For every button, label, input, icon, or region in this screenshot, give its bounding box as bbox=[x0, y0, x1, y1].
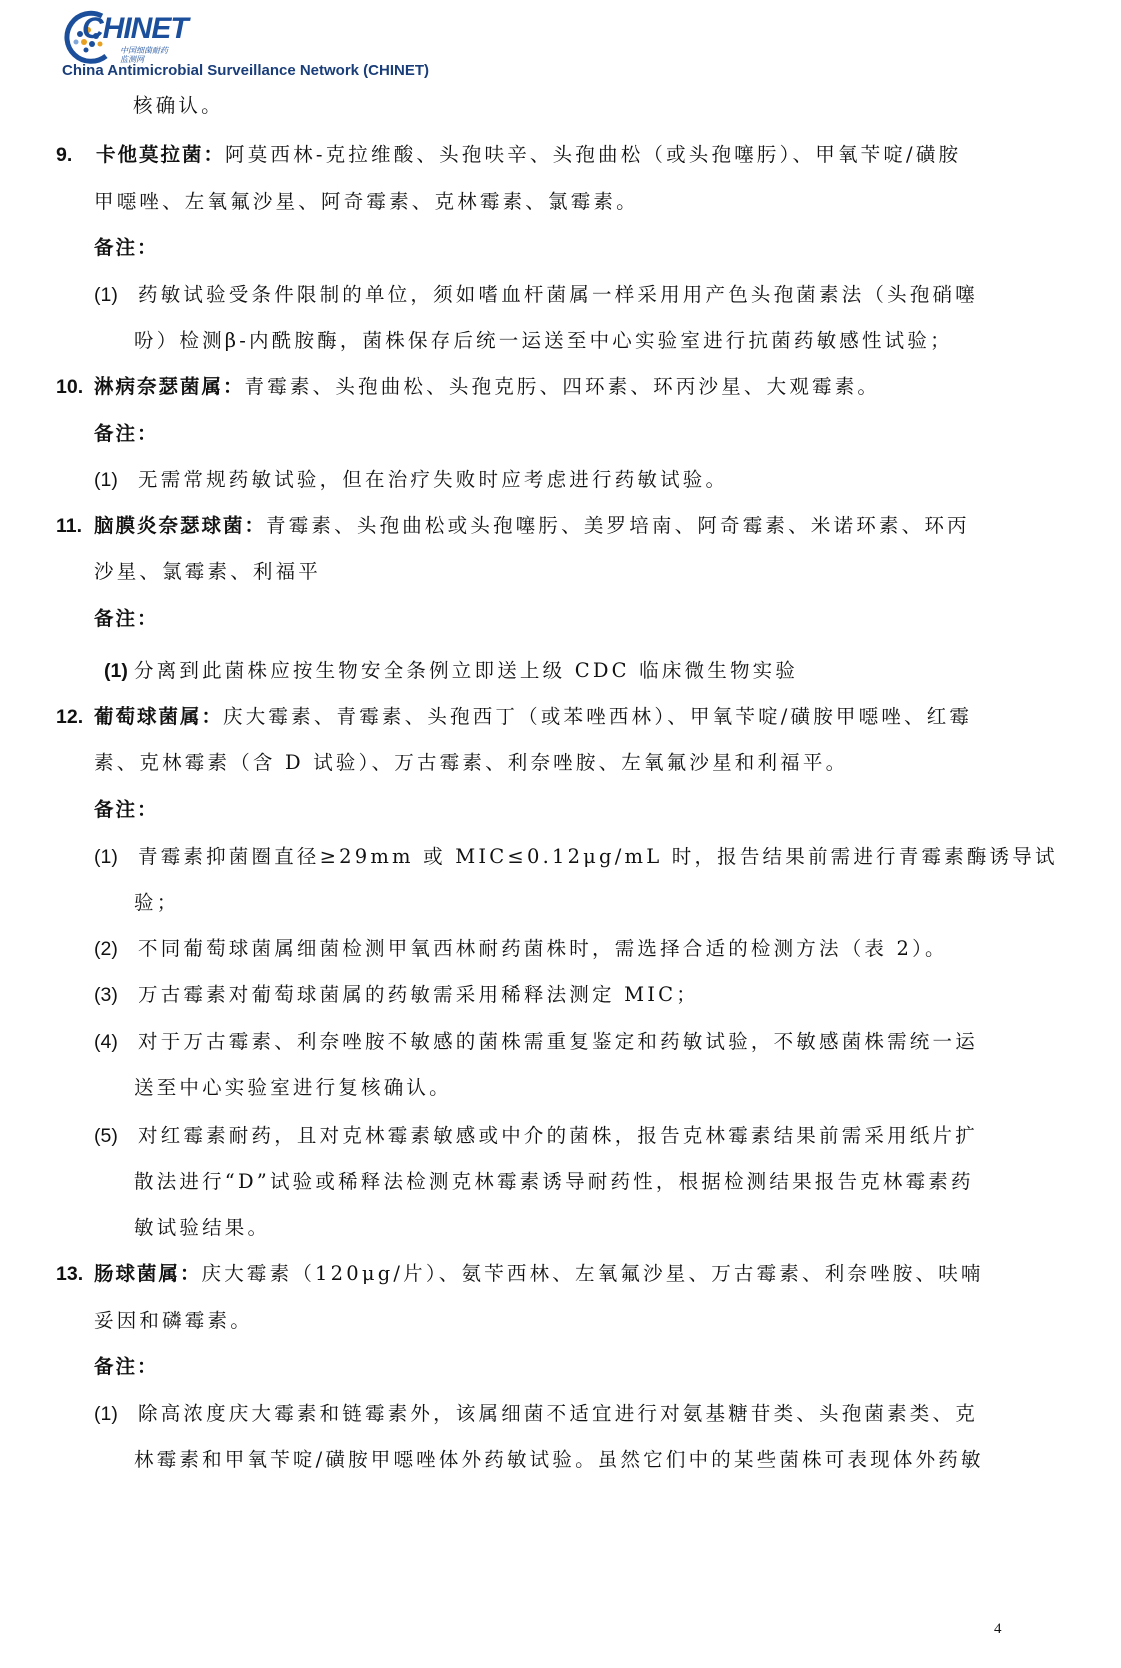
section-9-heading: 9.卡他莫拉菌：阿莫西林-克拉维酸、头孢呋辛、头孢曲松（或头孢噻肟）、甲氧苄啶/… bbox=[56, 143, 961, 167]
section-13-heading: 13.肠球菌属：庆大霉素（120μg/片）、氨苄西林、左氧氟沙星、万古霉素、利奈… bbox=[56, 1262, 984, 1286]
note-item: (1)分离到此菌株应按生物安全条例立即送上级 CDC 临床微生物实验 bbox=[104, 659, 798, 683]
notes-label: 备注： bbox=[94, 607, 159, 631]
drug-list: 阿莫西林-克拉维酸、头孢呋辛、头孢曲松（或头孢噻肟）、甲氧苄啶/磺胺 bbox=[225, 143, 961, 166]
section-12-heading: 12.葡萄球菌属：庆大霉素、青霉素、头孢西丁（或苯唑西林）、甲氧苄啶/磺胺甲噁唑… bbox=[56, 705, 972, 729]
note-item-cont: 敏试验结果。 bbox=[134, 1216, 270, 1240]
note-item-cont: 验； bbox=[134, 891, 179, 915]
section-9-drugs-cont: 甲噁唑、左氧氟沙星、阿奇霉素、克林霉素、氯霉素。 bbox=[94, 190, 639, 214]
note-item-cont: 送至中心实验室进行复核确认。 bbox=[134, 1076, 452, 1100]
page-number: 4 bbox=[994, 1621, 1002, 1638]
note-item: (1)青霉素抑菌圈直径≥29mm 或 MIC≤0.12μg/mL 时，报告结果前… bbox=[94, 845, 1058, 869]
notes-label: 备注： bbox=[94, 798, 159, 822]
note-item: (5)对红霉素耐药，且对克林霉素敏感或中介的菌株，报告克林霉素结果前需采用纸片扩 bbox=[94, 1124, 978, 1148]
note-marker: (1) bbox=[94, 283, 138, 307]
notes-label: 备注： bbox=[94, 422, 159, 446]
section-12-drugs-cont: 素、克林霉素（含 D 试验）、万古霉素、利奈唑胺、左氧氟沙星和利福平。 bbox=[94, 751, 848, 775]
section-13-drugs-cont: 妥因和磷霉素。 bbox=[94, 1309, 253, 1333]
section-10-heading: 10.淋病奈瑟菌属：青霉素、头孢曲松、头孢克肟、四环素、环丙沙星、大观霉素。 bbox=[56, 375, 880, 399]
logo-wordmark: CHINET bbox=[82, 12, 188, 46]
notes-label: 备注： bbox=[94, 1355, 159, 1379]
note-item: (3)万古霉素对葡萄球菌属的药敏需采用稀释法测定 MIC； bbox=[94, 983, 699, 1007]
note-item: (1)无需常规药敏试验，但在治疗失败时应考虑进行药敏试验。 bbox=[94, 468, 728, 492]
chinet-logo: CHINET 中国细菌耐药 监测网 bbox=[62, 10, 182, 66]
note-item: (1)除高浓度庆大霉素和链霉素外，该属细菌不适宜进行对氨基糖苷类、头孢菌素类、克 bbox=[94, 1402, 978, 1426]
organization-name: China Antimicrobial Surveillance Network… bbox=[62, 62, 429, 79]
section-11-heading: 11.脑膜炎奈瑟球菌：青霉素、头孢曲松或头孢噻肟、美罗培南、阿奇霉素、米诺环素、… bbox=[56, 514, 970, 538]
section-number: 9. bbox=[56, 143, 96, 167]
note-item: (1)药敏试验受条件限制的单位，须如嗜血杆菌属一样采用用产色头孢菌素法（头孢硝噻 bbox=[94, 283, 978, 307]
note-item: (4)对于万古霉素、利奈唑胺不敏感的菌株需重复鉴定和药敏试验，不敏感菌株需统一运 bbox=[94, 1030, 978, 1054]
notes-label: 备注： bbox=[94, 236, 159, 260]
organism-name: 卡他莫拉菌： bbox=[96, 143, 225, 166]
note-item-cont: 吩）检测β-内酰胺酶，菌株保存后统一运送至中心实验室进行抗菌药敏感性试验； bbox=[134, 329, 953, 353]
section-11-drugs-cont: 沙星、氯霉素、利福平 bbox=[94, 560, 321, 584]
note-item: (2)不同葡萄球菌属细菌检测甲氧西林耐药菌株时，需选择合适的检测方法（表 2）。 bbox=[94, 937, 948, 961]
note-item-cont: 散法进行“D”试验或稀释法检测克林霉素诱导耐药性，根据检测结果报告克林霉素药 bbox=[134, 1170, 974, 1194]
continuation-text: 核确认。 bbox=[133, 94, 224, 118]
note-item-cont: 林霉素和甲氧苄啶/磺胺甲噁唑体外药敏试验。虽然它们中的某些菌株可表现体外药敏 bbox=[134, 1448, 984, 1472]
